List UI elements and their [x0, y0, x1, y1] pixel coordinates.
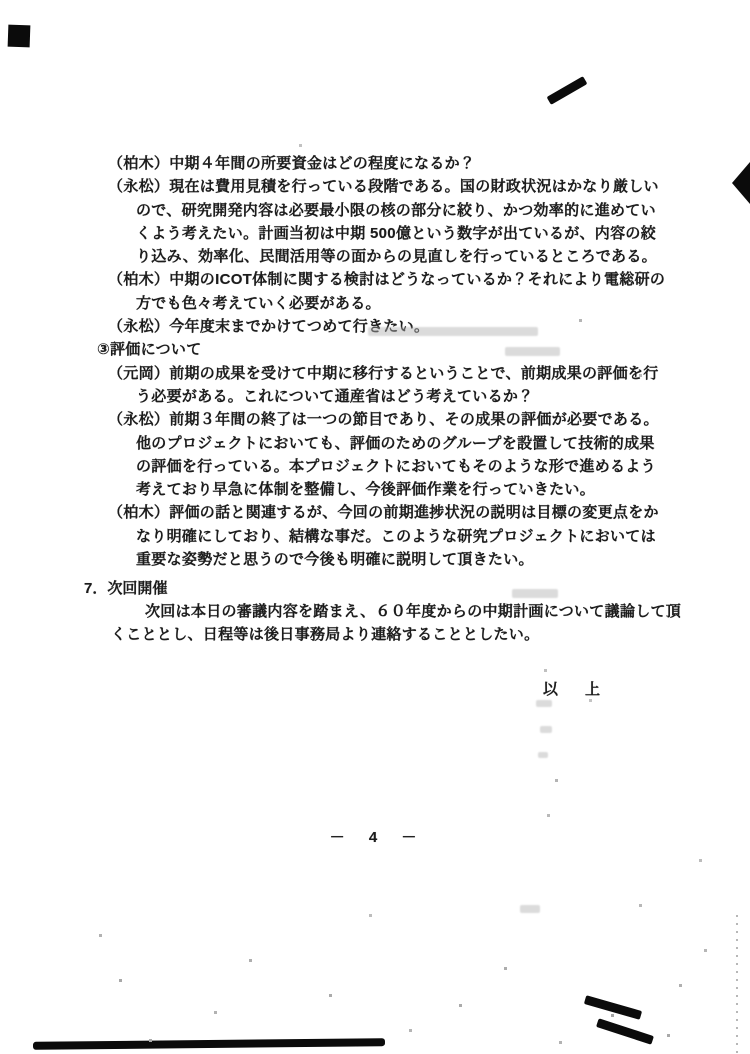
text-line: 方でも色々考えていく必要がある。	[0, 292, 750, 315]
text-line: （元岡）前期の成果を受けて中期に移行するということで、前期成果の評価を行	[0, 362, 750, 385]
text-line: ので、研究開発内容は必要最小限の核の部分に絞り、かつ効率的に進めてい	[0, 199, 750, 222]
text-line: なり明確にしており、結構な事だ。このような研究プロジェクトにおいては	[0, 525, 750, 548]
scan-artifact-mark-1	[584, 995, 642, 1020]
text-line: （永松）現在は費用見積を行っている段階である。国の財政状況はかなり厳しい	[0, 175, 750, 198]
text-line: くこととし、日程等は後日事務局より連絡することとしたい。	[0, 623, 750, 646]
scan-smudge	[520, 905, 540, 913]
scan-smudge	[538, 752, 548, 758]
scan-artifact-slash	[547, 76, 588, 105]
section-body-next-meeting: 次回は本日の審議内容を踏まえ、６０年度からの中期計画について議論して頂 くことと…	[0, 600, 750, 647]
scan-smudge	[536, 700, 552, 707]
scan-edge-dots	[736, 915, 738, 1054]
text-line: 他のプロジェクトにおいても、評価のためのグループを設置して技術的成果	[0, 432, 750, 455]
scan-smudge	[505, 347, 560, 356]
text-line: （柏木）中期４年間の所要資金はどの程度になるか？	[0, 152, 750, 175]
text-line: 重要な姿勢だと思うので今後も明確に説明して頂きたい。	[0, 548, 750, 571]
text-line: （柏木）評価の話と関連するが、今回の前期進捗状況の説明は目標の変更点をか	[0, 501, 750, 524]
closing-label: 以 上	[543, 678, 606, 699]
text-line: くよう考えたい。計画当初は中期 500億という数字が出ているが、内容の絞	[0, 222, 750, 245]
scan-artifact-wedge	[732, 162, 750, 204]
minutes-text-block: （柏木）中期４年間の所要資金はどの程度になるか？ （永松）現在は費用見積を行って…	[0, 152, 750, 571]
text-line: の評価を行っている。本プロジェクトにおいてもそのような形で進めるよう	[0, 455, 750, 478]
scan-speckles	[0, 0, 1, 1]
section-heading-next-meeting: 7．次回開催	[84, 577, 167, 598]
text-line: り込み、効率化、民間活用等の面からの見直しを行っているところである。	[0, 245, 750, 268]
scan-smudge	[368, 327, 538, 336]
text-line: （柏木）中期のICOT体制に関する検討はどうなっているか？それにより電総研の	[0, 268, 750, 291]
text-line: 考えており早急に体制を整備し、今後評価作業を行っていきたい。	[0, 478, 750, 501]
scan-artifact-bottom-bar	[33, 1038, 385, 1050]
text-line: （永松）前期３年間の終了は一つの節目であり、その成果の評価が必要である。	[0, 408, 750, 431]
scan-smudge	[512, 589, 558, 598]
text-line: う必要がある。これについて通産省はどう考えているか？	[0, 385, 750, 408]
text-line: 次回は本日の審議内容を踏まえ、６０年度からの中期計画について議論して頂	[0, 600, 750, 623]
bullet-line-evaluation: ③評価について	[0, 338, 750, 361]
scan-artifact-mark-2	[596, 1018, 654, 1044]
page-number: － 4 －	[0, 826, 750, 847]
scan-smudge	[540, 726, 552, 733]
scan-artifact-square	[8, 25, 31, 48]
scanned-document-page: （柏木）中期４年間の所要資金はどの程度になるか？ （永松）現在は費用見積を行って…	[0, 0, 750, 1054]
